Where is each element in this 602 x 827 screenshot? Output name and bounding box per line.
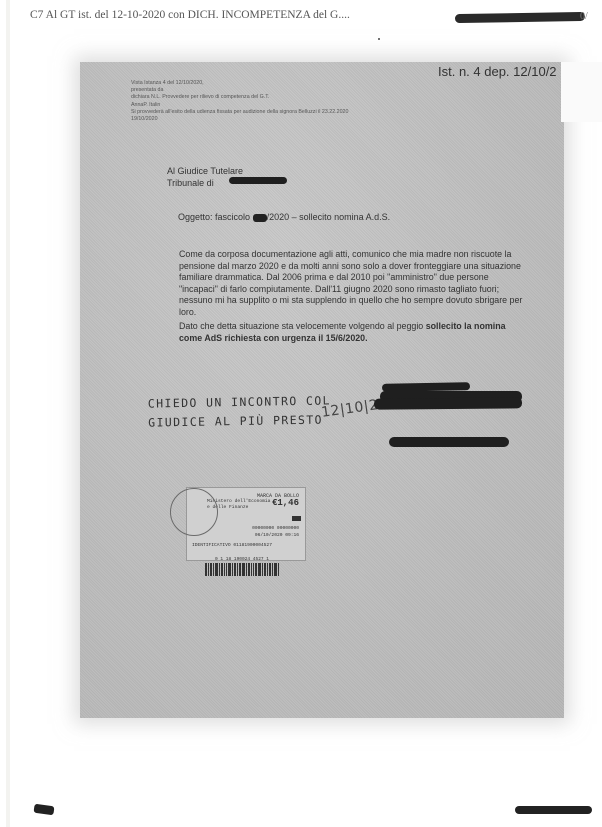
redacted-signature — [374, 397, 522, 409]
request-paragraph: Dato che detta situazione sta velocement… — [179, 321, 524, 344]
registry-line: presentata da — [131, 87, 348, 94]
registry-line: Vista Istanza 4 del 12/10/2020, — [131, 80, 348, 87]
handwritten-line2: GIUDICE AL PIÙ PRESTO — [148, 410, 331, 432]
redacted-footer-info — [515, 806, 592, 814]
redacted-footer-mark — [33, 804, 54, 816]
barcode — [205, 563, 290, 576]
addressee-line1: Al Giudice Tutelare — [167, 166, 243, 178]
scan-speck — [378, 38, 380, 40]
subject-suffix: /2020 – sollecito nomina A.d.S. — [267, 212, 391, 222]
body-paragraph: Come da corposa documentazione agli atti… — [179, 249, 524, 319]
page-cut-corner — [561, 62, 602, 122]
subject-line: Oggetto: fascicolo /2020 – sollecito nom… — [178, 212, 390, 222]
request-text: Dato che detta situazione sta velocement… — [179, 321, 426, 331]
revenue-stamp-mark — [292, 516, 301, 521]
document-title: C7 Al GT ist. del 12-10-2020 con DICH. I… — [30, 9, 350, 21]
redacted-header-info — [455, 12, 585, 23]
header-redacted-tail: 0/ — [580, 11, 588, 22]
subject-prefix: Oggetto: fascicolo — [178, 212, 250, 222]
registry-line: dichiara N.L. Provvedere per rilievo di … — [131, 94, 348, 101]
redacted-file-number — [253, 214, 267, 222]
filing-reference: Ist. n. 4 dep. 12/10/2 — [438, 64, 557, 79]
registry-line: Si provvederà all'esito della udienza fi… — [131, 109, 348, 116]
scan-left-edge — [6, 0, 10, 827]
registry-line: AnnaP. Italin — [131, 102, 348, 109]
handwritten-note: CHIEDO UN INCONTRO COL GIUDICE AL PIÙ PR… — [148, 391, 332, 432]
round-office-stamp — [170, 488, 218, 536]
barcode-number: 0 1 18 190024 4527 1 — [215, 557, 269, 562]
revenue-stamp-line: 06/10/2020 09:16 — [255, 533, 299, 539]
registry-stamp: Vista Istanza 4 del 12/10/2020, presenta… — [131, 80, 348, 123]
redacted-city — [229, 177, 287, 184]
scanned-letter-page — [80, 62, 564, 718]
redacted-name — [389, 437, 509, 447]
registry-line: 19/10/2020 — [131, 116, 348, 123]
revenue-stamp-line: IDENTIFICATIVO 01181900004527 — [192, 543, 272, 549]
revenue-stamp-line: 00000000 00000000 — [252, 526, 299, 532]
revenue-stamp-amount: €1,46 — [272, 500, 299, 506]
